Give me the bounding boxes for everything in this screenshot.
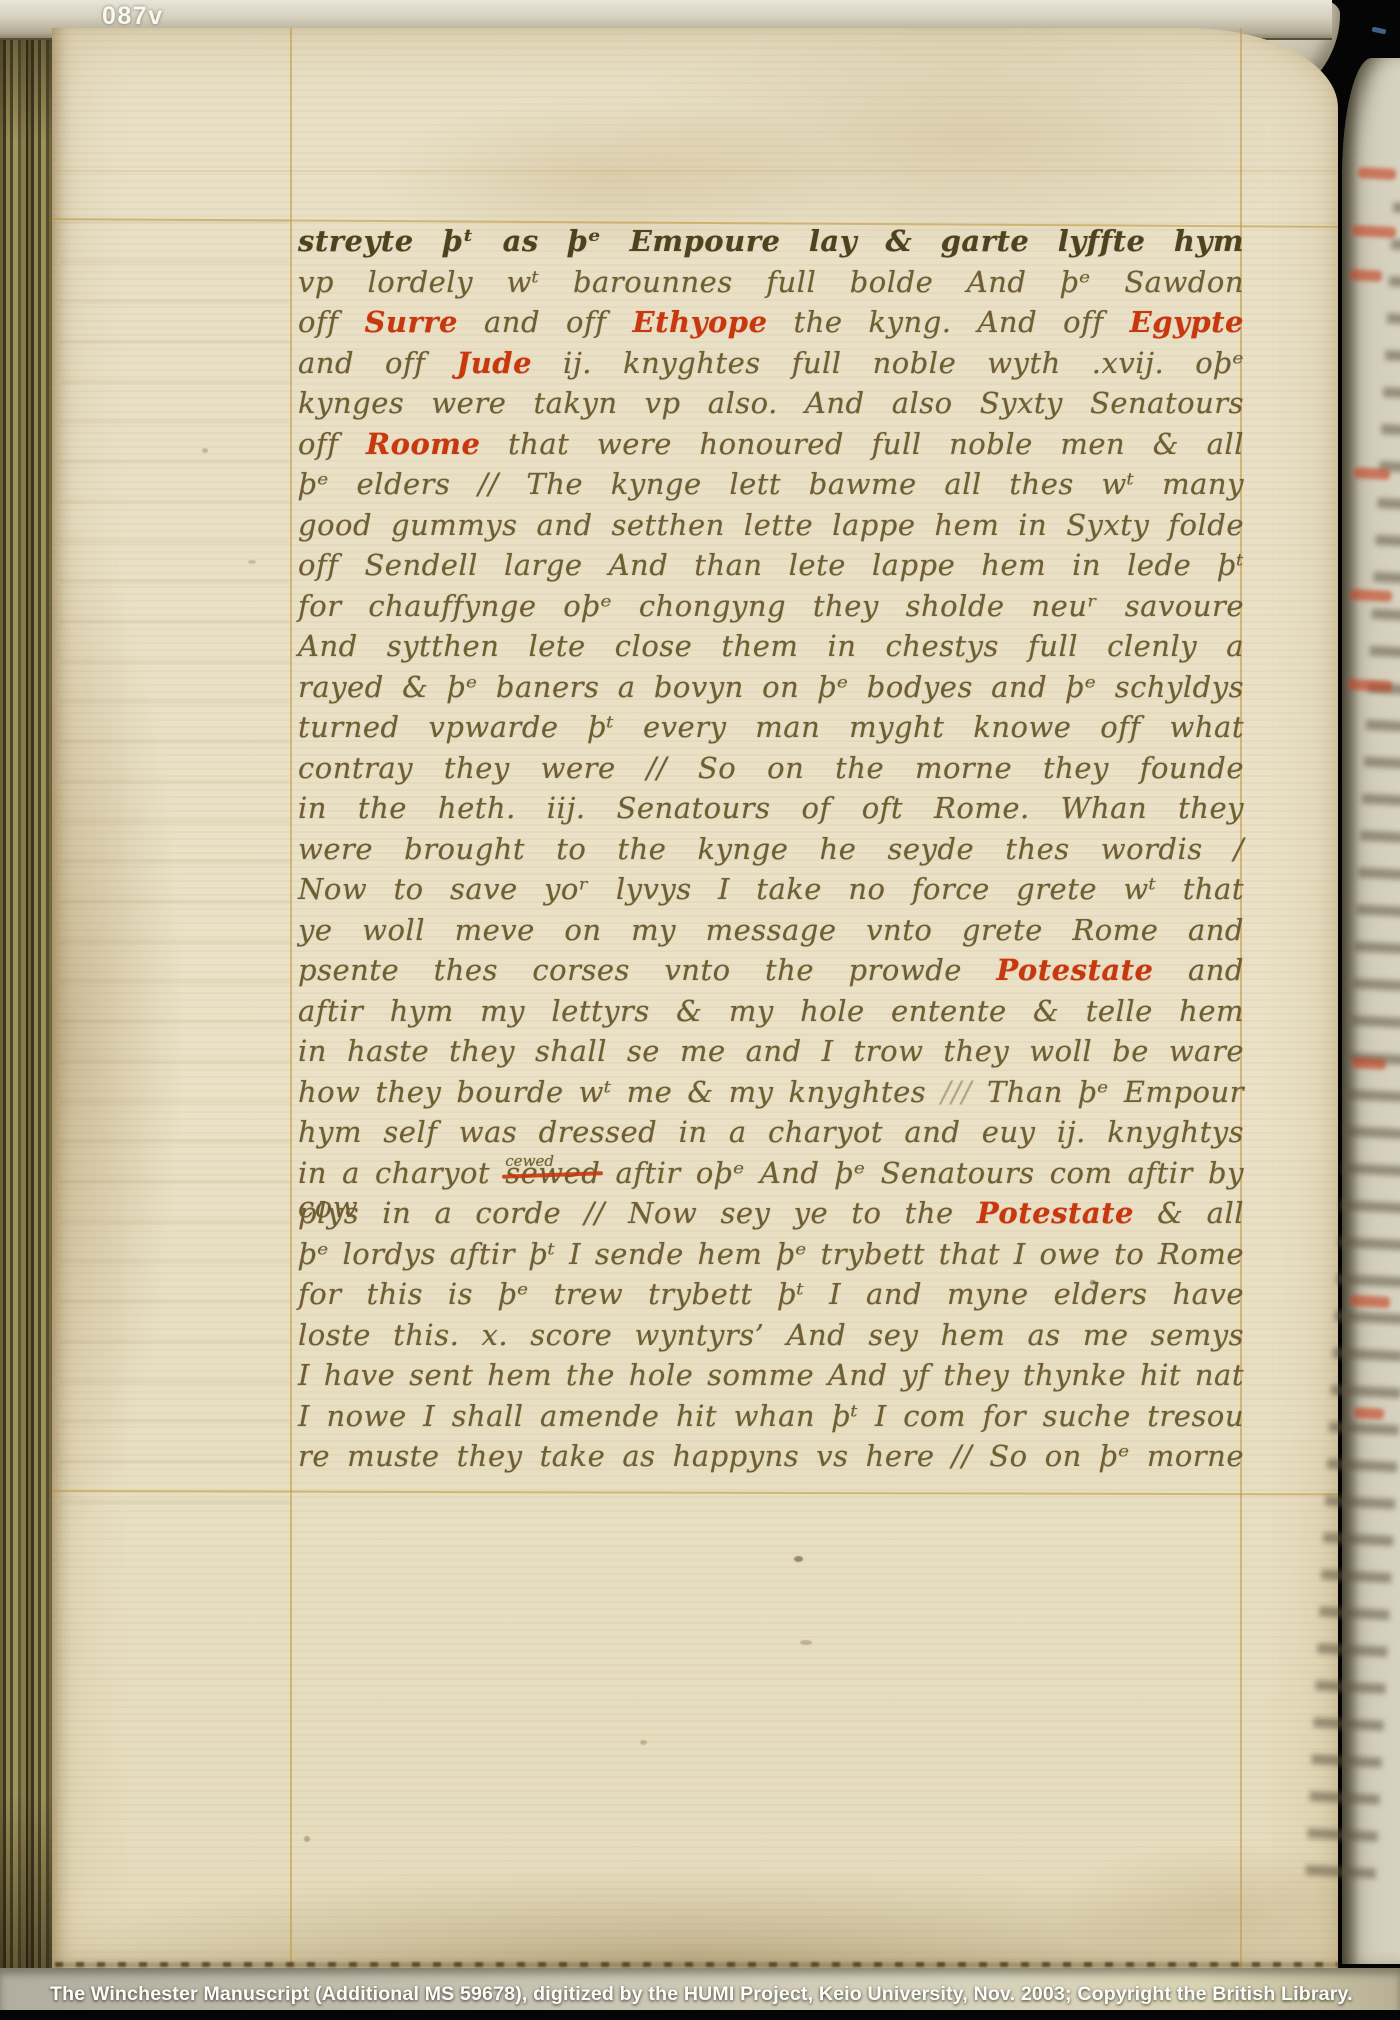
- facing-page-rubric-mark: [1348, 679, 1393, 692]
- manuscript-line: Now to save yoʳ lyvys I take no force gr…: [298, 872, 1244, 913]
- stain-speck: [800, 1640, 812, 1645]
- manuscript-line: ye woll meve on my message vnto grete Ro…: [298, 913, 1244, 954]
- manuscript-line: aftir hym my lettyrs & my hole entente &…: [298, 994, 1244, 1035]
- manuscript-line: off Surre and off Ethyope the kyng. And …: [298, 305, 1244, 346]
- edge-blue-mark: [1372, 27, 1387, 35]
- manuscript-line: how they bourde wᵗ me & my knyghtes /// …: [298, 1075, 1244, 1116]
- manuscript-line: loste this. x. score wyntyrs’ And sey he…: [298, 1318, 1244, 1359]
- facing-page-rubric-mark: [1352, 1057, 1387, 1070]
- manuscript-line: contray they were // So on the morne the…: [298, 751, 1244, 792]
- manuscript-line: I have sent hem the hole somme And yf th…: [298, 1358, 1244, 1399]
- book-spine-page-edges: [0, 24, 60, 1990]
- facing-page-rubric-mark: [1350, 1295, 1391, 1308]
- manuscript-line: and off Jude ij. knyghtes full noble wyt…: [298, 346, 1244, 387]
- manuscript-line: turned vpwarde þᵗ every man myght knowe …: [298, 710, 1244, 751]
- facing-page-rubric-mark: [1354, 467, 1391, 480]
- facing-page-rubric-mark: [1352, 225, 1397, 238]
- facing-page-rubric-mark: [1350, 269, 1383, 282]
- facing-page-rubric-mark: [1358, 167, 1397, 180]
- facing-page-rubric-mark: [1354, 1407, 1385, 1420]
- facing-page-edge: [1342, 58, 1400, 1964]
- manuscript-line: And sytthen lete close them in chestys f…: [298, 629, 1244, 670]
- verso-showthrough: [60, 203, 290, 1503]
- manuscript-line: streyte þᵗ as þᵉ Empoure lay & garte lyf…: [298, 224, 1244, 265]
- stain-speck: [202, 448, 208, 453]
- manuscript-line: þᵉ elders // The kynge lett bawme all th…: [298, 467, 1244, 508]
- text-block: streyte þᵗ as þᵉ Empoure lay & garte lyf…: [298, 224, 1244, 1480]
- manuscript-line: in haste they shall se me and I trow the…: [298, 1034, 1244, 1075]
- manuscript-line: re muste they take as happyns vs here //…: [298, 1439, 1244, 1480]
- manuscript-line: hym self was dressed in a charyot and eu…: [298, 1115, 1244, 1156]
- manuscript-line: in a charyot cewedsewed aftir oþᵉ And þᵉ…: [298, 1156, 1244, 1197]
- manuscript-line: off Roome that were honoured full noble …: [298, 427, 1244, 468]
- stain-speck: [794, 1556, 803, 1562]
- page-bottom-dirt-edge: [55, 1962, 1338, 1967]
- ruling-vertical-left: [290, 28, 292, 1974]
- bottom-black-bar: [0, 2010, 1400, 2020]
- manuscript-line: off Sendell large And than lete lappe he…: [298, 548, 1244, 589]
- background: { "folio_label": "087v", "caption": "The…: [0, 0, 1400, 2020]
- manuscript-line: kynges were takyn vp also. And also Syxt…: [298, 386, 1244, 427]
- manuscript-line: rayed & þᵉ baners a bovyn on þᵉ bodyes a…: [298, 670, 1244, 711]
- ruling-horizontal-upper: [52, 170, 1338, 172]
- manuscript-line: psente thes corses vnto the prowde Potes…: [298, 953, 1244, 994]
- manuscript-line: þᵉ lordys aftir þᵗ I sende hem þᵉ trybet…: [298, 1237, 1244, 1278]
- manuscript-line: plys in a corde // Now sey ye to the Pot…: [298, 1196, 1244, 1237]
- manuscript-line: were brought to the kynge he seyde thes …: [298, 832, 1244, 873]
- manuscript-page: streyte þᵗ as þᵉ Empoure lay & garte lyf…: [52, 28, 1338, 1974]
- stain-speck: [1090, 1280, 1096, 1285]
- stain-speck: [248, 560, 256, 564]
- manuscript-line: for chauffynge oþᵉ chongyng they sholde …: [298, 589, 1244, 630]
- manuscript-line: in the heth. iij. Senatours of oft Rome.…: [298, 791, 1244, 832]
- manuscript-line: good gummys and setthen lette lappe hem …: [298, 508, 1244, 549]
- manuscript-line: for this is þᵉ trew trybett þᵗ I and myn…: [298, 1277, 1244, 1318]
- stain-speck: [304, 1836, 310, 1842]
- stain-speck: [640, 1740, 647, 1745]
- caption: The Winchester Manuscript (Additional MS…: [50, 1983, 1398, 2006]
- folio-label: 087v: [102, 2, 164, 31]
- facing-page-rubric-mark: [1350, 589, 1393, 602]
- manuscript-line: vp lordely wᵗ barounnes full bolde And þ…: [298, 265, 1244, 306]
- manuscript-line: I nowe I shall amende hit whan þᵗ I com …: [298, 1399, 1244, 1440]
